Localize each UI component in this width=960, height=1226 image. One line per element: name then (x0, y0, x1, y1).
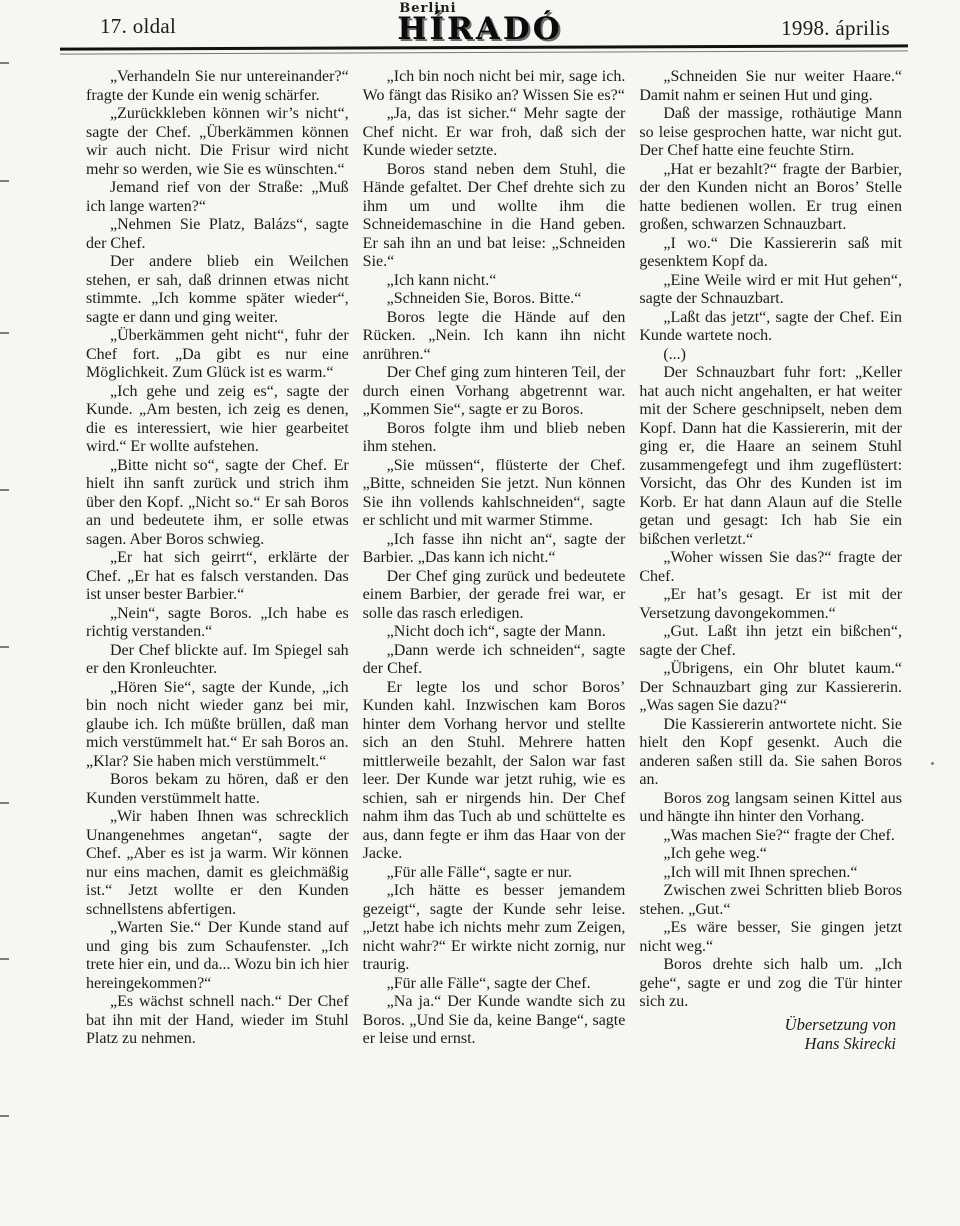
paragraph: „Was machen Sie?“ fragte der Chef. (639, 827, 902, 846)
paragraph: „Es wächst schnell nach.“ Der Chef bat i… (86, 993, 349, 1049)
scanned-newspaper-page: 17. oldal Berlini HÍRADÓ 1998. április „… (0, 0, 960, 1226)
scan-artifact (0, 802, 9, 804)
paragraph: „Nein“, sagte Boros. „Ich habe es richti… (86, 605, 349, 642)
divider-rule-thick (60, 44, 908, 50)
paragraph: „Warten Sie.“ Der Kunde stand auf und gi… (86, 919, 349, 993)
paragraph: Er legte los und schor Boros’ Kunden kah… (363, 679, 626, 864)
paragraph: „Er hat’s gesagt. Er ist mit der Versetz… (639, 586, 902, 623)
paragraph: „Woher wissen Sie das?“ fragte der Chef. (639, 549, 902, 586)
scan-artifact (0, 489, 9, 491)
paragraph: Boros drehte sich halb um. „Ich gehe“, s… (639, 956, 902, 1012)
paragraph: „Ich kann nicht.“ (363, 272, 626, 291)
text-column-1: „Verhandeln Sie nur untereinander?“ frag… (86, 68, 349, 1053)
paragraph: „Für alle Fälle“, sagte er nur. (363, 864, 626, 883)
paragraph: „Ich gehe und zeig es“, sagte der Kunde.… (86, 383, 349, 457)
text-column-3: „Schneiden Sie nur weiter Haare.“ Damit … (639, 68, 902, 1053)
paragraph: Der Chef blickte auf. Im Spiegel sah er … (86, 642, 349, 679)
paragraph: „Für alle Fälle“, sagte der Chef. (363, 975, 626, 994)
paragraph: „Ich hätte es besser jemandem gezeigt“, … (363, 882, 626, 975)
paragraph: „Ich bin noch nicht bei mir, sage ich. W… (363, 68, 626, 105)
text-column-2: „Ich bin noch nicht bei mir, sage ich. W… (363, 68, 626, 1053)
paragraph: „Wir haben Ihnen was schrecklich Unangen… (86, 808, 349, 919)
scan-artifact (0, 958, 9, 960)
paragraph: „Zurückkleben können wir’s nicht“, sagte… (86, 105, 349, 179)
paragraph: Jemand rief von der Straße: „Muß ich lan… (86, 179, 349, 216)
scan-artifact (0, 1115, 9, 1117)
paragraph: „Übrigens, ein Ohr blutet kaum.“ Der Sch… (639, 660, 902, 716)
paragraph: „Na ja.“ Der Kunde wandte sich zu Boros.… (363, 993, 626, 1049)
translator-credit-line2: Hans Skirecki (639, 1034, 896, 1053)
paragraph: Boros stand neben dem Stuhl, die Hände g… (363, 161, 626, 272)
paragraph: Die Kassiererin antwortete nicht. Sie hi… (639, 716, 902, 790)
paragraph: Der Schnauzbart fuhr fort: „Keller hat a… (639, 364, 902, 549)
scan-artifact (0, 332, 9, 334)
paragraph: „Verhandeln Sie nur untereinander?“ frag… (86, 68, 349, 105)
paragraph: (...) (639, 346, 902, 365)
translator-credit: Übersetzung vonHans Skirecki (639, 1015, 902, 1053)
paragraph: Boros bekam zu hören, daß er den Kunden … (86, 771, 349, 808)
paragraph: „Sie müssen“, flüsterte der Chef. „Bitte… (363, 457, 626, 531)
scan-artifact (0, 62, 9, 64)
paragraph: „Es wäre besser, Sie gingen jetzt nicht … (639, 919, 902, 956)
scan-artifact (0, 646, 9, 648)
paragraph: „Bitte nicht so“, sagte der Chef. Er hie… (86, 457, 349, 550)
paragraph: Daß der massige, rothäutige Mann so leis… (639, 105, 902, 161)
paragraph: „Schneiden Sie, Boros. Bitte.“ (363, 290, 626, 309)
issue-date-label: 1998. április (781, 16, 890, 41)
masthead-divider (60, 46, 908, 53)
paragraph: Der andere blieb ein Weilchen stehen, er… (86, 253, 349, 327)
paragraph: „Schneiden Sie nur weiter Haare.“ Damit … (639, 68, 902, 105)
paragraph: Boros folgte ihm und blieb neben ihm ste… (363, 420, 626, 457)
logo-inner: Berlini HÍRADÓ (397, 2, 563, 45)
paragraph: „Hören Sie“, sagte der Kunde, „ich bin n… (86, 679, 349, 772)
paragraph: „Hat er bezahlt?“ fragte der Barbier, de… (639, 161, 902, 235)
translator-credit-line1: Übersetzung von (639, 1015, 896, 1034)
paragraph: „Laßt das jetzt“, sagte der Chef. Ein Ku… (639, 309, 902, 346)
paragraph: „Ich fasse ihn nicht an“, sagte der Barb… (363, 531, 626, 568)
logo-hirado-text: HÍRADÓ (397, 14, 563, 45)
paragraph: „Er hat sich geirrt“, erklärte der Chef.… (86, 549, 349, 605)
paragraph: „Nicht doch ich“, sagte der Mann. (363, 623, 626, 642)
article-columns: „Verhandeln Sie nur untereinander?“ frag… (0, 54, 960, 1053)
paragraph: „Dann werde ich schneiden“, sagte der Ch… (363, 642, 626, 679)
paragraph: Zwischen zwei Schritten blieb Boros steh… (639, 882, 902, 919)
paragraph: „I wo.“ Die Kassiererin saß mit gesenkte… (639, 235, 902, 272)
paragraph: „Nehmen Sie Platz, Balázs“, sagte der Ch… (86, 216, 349, 253)
paragraph: Der Chef ging zurück und bedeutete einem… (363, 568, 626, 624)
paragraph: „Ich gehe weg.“ (639, 845, 902, 864)
scan-artifact (931, 762, 934, 765)
paragraph: „Ja, das ist sicher.“ Mehr sagte der Che… (363, 105, 626, 161)
paragraph: Boros legte die Hände auf den Rücken. „N… (363, 309, 626, 365)
scan-artifact (0, 180, 9, 182)
paragraph: Boros zog langsam seinen Kittel aus und … (639, 790, 902, 827)
paragraph: Der Chef ging zum hinteren Teil, der dur… (363, 364, 626, 420)
paragraph: „Gut. Laßt ihn jetzt ein bißchen“, sagte… (639, 623, 902, 660)
paragraph: „Überkämmen geht nicht“, fuhr der Chef f… (86, 327, 349, 383)
paragraph: „Eine Weile wird er mit Hut gehen“, sagt… (639, 272, 902, 309)
paragraph: „Ich will mit Ihnen sprechen.“ (639, 864, 902, 883)
